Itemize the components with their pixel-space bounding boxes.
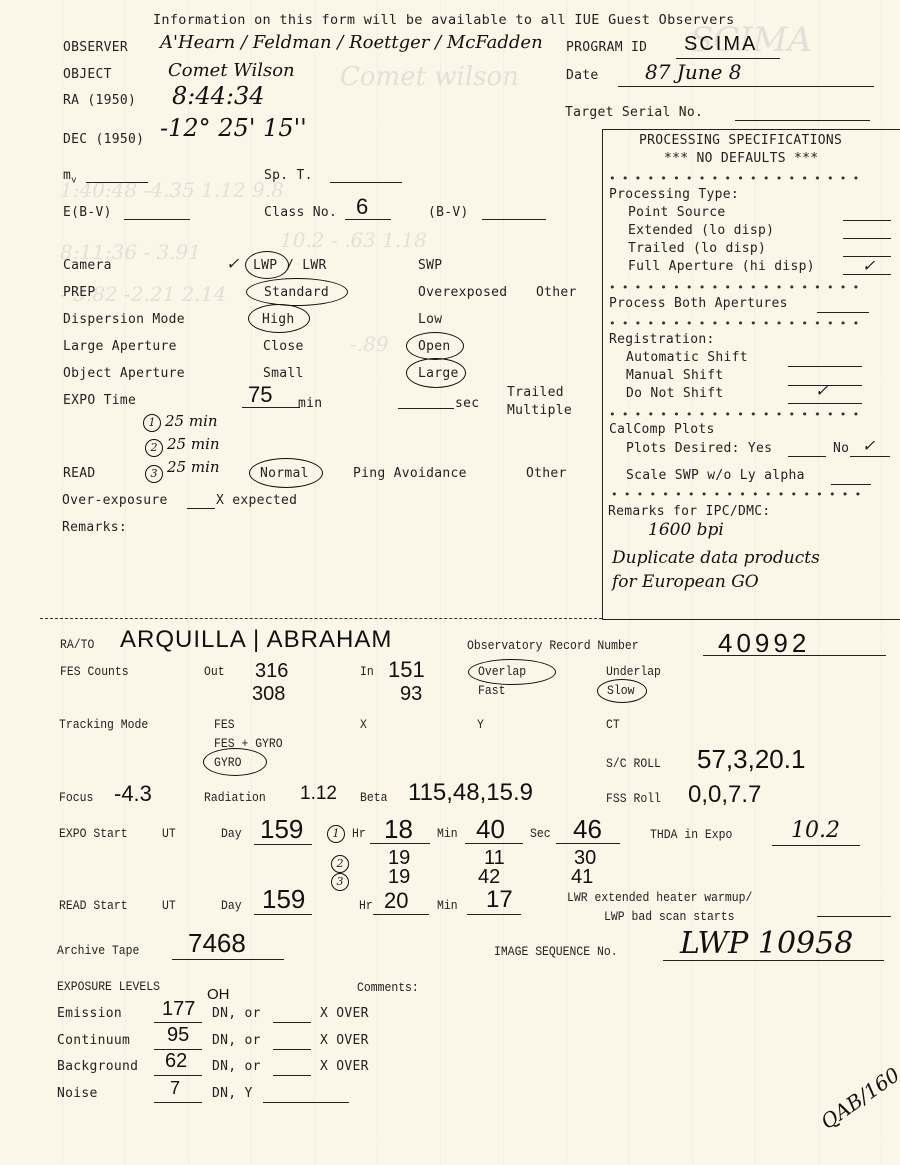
noise-dn-underline bbox=[154, 1102, 202, 1103]
read-start-min-label: Min bbox=[437, 898, 458, 913]
continuum-label: Continuum bbox=[57, 1033, 130, 1048]
archive-tape-value[interactable]: 7468 bbox=[188, 928, 246, 959]
expo-start-sec-value[interactable]: 41 bbox=[571, 866, 593, 889]
selected-circle bbox=[597, 679, 647, 703]
fes-in-value[interactable]: 93 bbox=[400, 683, 422, 706]
ipc-remarks-line: Duplicate data products bbox=[612, 548, 820, 568]
prep-option-other[interactable]: Other bbox=[536, 285, 577, 300]
selected-circle bbox=[203, 748, 267, 776]
ipc-remarks-label: Remarks for IPC/DMC: bbox=[608, 504, 771, 519]
class-no-label: Class No. bbox=[264, 205, 337, 220]
object-aperture-option-small[interactable]: Small bbox=[263, 366, 304, 381]
expo-start-hr-label: Hr bbox=[352, 826, 366, 841]
ra-to-label: RA/TO bbox=[60, 637, 94, 652]
observer-label: OBSERVER bbox=[63, 40, 128, 55]
fes-out-value[interactable]: 308 bbox=[252, 683, 285, 706]
dec-label: DEC (1950) bbox=[63, 132, 144, 147]
focus-label: Focus bbox=[59, 790, 93, 805]
continuum-dn-value[interactable]: 95 bbox=[167, 1024, 189, 1047]
selected-circle bbox=[245, 251, 289, 279]
check-mark-icon: ✓ bbox=[226, 254, 239, 273]
bv-field[interactable] bbox=[482, 219, 546, 220]
plots-desired-label: Plots Desired: Yes bbox=[626, 441, 772, 456]
fes-in-label: In bbox=[360, 664, 374, 679]
ebv-label: E(B-V) bbox=[63, 205, 112, 220]
thda-value[interactable]: 10.2 bbox=[791, 818, 840, 843]
class-no-underline bbox=[345, 219, 391, 220]
fes-option-fast[interactable]: Fast bbox=[478, 683, 505, 698]
fes-out-value[interactable]: 316 bbox=[255, 660, 288, 683]
processing-type-extended: Extended (lo disp) bbox=[628, 223, 774, 238]
thda-underline bbox=[772, 845, 860, 846]
ipc-remarks-line: for European GO bbox=[612, 572, 759, 592]
check-mark-icon: ✓ bbox=[862, 256, 875, 275]
beta-label: Beta bbox=[360, 790, 387, 805]
exposure-annotation: OH bbox=[207, 986, 230, 1003]
process-both-apertures-label: Process Both Apertures bbox=[609, 296, 788, 311]
fes-counts-label: FES Counts bbox=[60, 664, 129, 679]
selected-circle bbox=[406, 332, 464, 360]
archive-tape-label: Archive Tape bbox=[57, 943, 139, 958]
thda-label: THDA in Expo bbox=[650, 827, 732, 842]
obs-record-label: Observatory Record Number bbox=[467, 638, 639, 653]
sp-t-label: Sp. T. bbox=[264, 168, 313, 183]
extended-field[interactable] bbox=[843, 238, 891, 239]
read-start-ut: UT bbox=[162, 898, 176, 913]
scale-swp-field[interactable] bbox=[831, 484, 871, 485]
iue-observing-form: SCIMA Comet wilson 1:40:48 -4.35 1.12 9.… bbox=[0, 0, 900, 1165]
over-exposure-label: Over-exposure bbox=[62, 493, 168, 508]
multiple-option[interactable]: Multiple bbox=[507, 403, 572, 418]
read-start-day-label: Day bbox=[221, 898, 242, 913]
bleed-through-mark: -.89 bbox=[350, 332, 389, 356]
noise-dn-suffix: DN, Y bbox=[212, 1086, 253, 1101]
fss-roll-value[interactable]: 0,0,7.7 bbox=[688, 781, 761, 809]
expo-start-day-value[interactable]: 159 bbox=[260, 814, 303, 845]
dotted-divider: •••••••••••••••••••• bbox=[609, 408, 865, 421]
expo-start-hr-value[interactable]: 18 bbox=[384, 814, 413, 845]
segment-duration: 25 min bbox=[167, 435, 220, 453]
expo-segment-number: 1 bbox=[327, 825, 345, 843]
target-serial-label: Target Serial No. bbox=[565, 105, 703, 120]
expo-time-sec-label: sec bbox=[455, 396, 479, 411]
expo-start-day-underline bbox=[254, 844, 312, 845]
process-both-apertures-field[interactable] bbox=[817, 312, 869, 313]
archive-tape-underline bbox=[172, 959, 284, 960]
noise-y-field[interactable] bbox=[263, 1102, 349, 1103]
continuum-over-label: X OVER bbox=[320, 1033, 369, 1048]
processing-type-trailed: Trailed (lo disp) bbox=[628, 241, 766, 256]
check-mark-icon: ✓ bbox=[815, 381, 828, 400]
date-underline bbox=[618, 86, 874, 87]
point-source-field[interactable] bbox=[843, 220, 891, 221]
prep-option-overexposed[interactable]: Overexposed bbox=[418, 285, 507, 300]
large-aperture-label: Large Aperture bbox=[63, 339, 177, 354]
expo-start-min-underline bbox=[465, 843, 523, 844]
tracking-y-label: Y bbox=[477, 717, 484, 732]
bv-label: (B-V) bbox=[428, 205, 469, 220]
read-start-hr-label: Hr bbox=[359, 898, 373, 913]
lwr-heater-label-line2: LWP bad scan starts bbox=[604, 909, 734, 924]
ebv-field[interactable] bbox=[124, 219, 190, 220]
expo-time-min-label: min bbox=[298, 396, 322, 411]
tracking-x-label: X bbox=[360, 717, 367, 732]
expo-time-label: EXPO Time bbox=[63, 393, 136, 408]
segment-number: 3 bbox=[145, 465, 163, 483]
background-dn-value[interactable]: 62 bbox=[165, 1050, 187, 1073]
tracking-option-fes[interactable]: FES bbox=[214, 717, 235, 732]
beta-value[interactable]: 115,48,15.9 bbox=[408, 779, 533, 807]
tracking-ct-label: CT bbox=[606, 717, 620, 732]
background-over-field[interactable] bbox=[273, 1075, 311, 1076]
processing-subtitle: *** NO DEFAULTS *** bbox=[664, 151, 818, 166]
dotted-divider: •••••••••••••••••••• bbox=[609, 317, 865, 330]
program-id-underline bbox=[676, 58, 780, 59]
image-sequence-value[interactable]: LWP 10958 bbox=[680, 926, 853, 961]
object-label: OBJECT bbox=[63, 67, 112, 82]
ra-label: RA (1950) bbox=[63, 93, 136, 108]
bleed-through-mark: Comet wilson bbox=[340, 62, 519, 92]
segment-duration: 25 min bbox=[167, 458, 220, 476]
object-value[interactable]: Comet Wilson bbox=[168, 60, 295, 81]
plots-yes-field[interactable] bbox=[788, 456, 826, 457]
image-sequence-underline bbox=[663, 960, 884, 961]
expo-time-min-value[interactable]: 75 bbox=[248, 382, 272, 408]
expo-start-ut: UT bbox=[162, 826, 176, 841]
dotted-divider: •••••••••••••••••••• bbox=[609, 281, 865, 294]
expo-start-sec-value[interactable]: 46 bbox=[573, 814, 602, 845]
continuum-over-field[interactable] bbox=[273, 1049, 311, 1050]
processing-box-top bbox=[602, 129, 900, 130]
emission-dn-value[interactable]: 177 bbox=[162, 998, 195, 1021]
mv-label: mv bbox=[63, 168, 77, 186]
large-aperture-option-close[interactable]: Close bbox=[263, 339, 304, 354]
registration-label: Registration: bbox=[609, 332, 715, 347]
program-id-label: PROGRAM ID bbox=[566, 40, 647, 55]
dec-value[interactable]: -12° 25' 15'' bbox=[160, 114, 307, 142]
tracking-mode-label: Tracking Mode bbox=[59, 717, 148, 732]
processing-box-left bbox=[602, 129, 603, 619]
segment-number: 1 bbox=[143, 414, 161, 432]
obs-record-underline bbox=[703, 655, 886, 656]
fes-in-value[interactable]: 151 bbox=[388, 657, 425, 683]
expo-time-sec-field[interactable] bbox=[398, 408, 454, 409]
emission-dn-underline bbox=[154, 1022, 202, 1023]
ipc-remarks-line: 1600 bpi bbox=[648, 520, 724, 540]
section-divider bbox=[40, 618, 602, 619]
bleed-through-mark: 10.2 - .63 1.18 bbox=[280, 228, 427, 252]
camera-label: Camera bbox=[63, 258, 112, 273]
expo-start-sec-underline bbox=[556, 843, 620, 844]
radiation-value[interactable]: 1.12 bbox=[300, 783, 337, 805]
lwr-heater-field[interactable] bbox=[817, 916, 891, 917]
emission-over-label: X OVER bbox=[320, 1006, 369, 1021]
read-start-label: READ Start bbox=[59, 898, 128, 913]
class-no-value[interactable]: 6 bbox=[356, 194, 368, 220]
selected-circle bbox=[248, 304, 310, 333]
read-label: READ bbox=[63, 466, 96, 481]
noise-dn-value[interactable]: 7 bbox=[170, 1078, 180, 1099]
background-over-label: X OVER bbox=[320, 1059, 369, 1074]
camera-option-swp[interactable]: SWP bbox=[418, 258, 442, 273]
fss-roll-label: FSS Roll bbox=[606, 791, 661, 806]
sc-roll-label: S/C ROLL bbox=[606, 756, 661, 771]
observer-value[interactable]: A'Hearn / Feldman / Roettger / McFadden bbox=[160, 32, 543, 53]
emission-over-field[interactable] bbox=[273, 1022, 311, 1023]
check-mark-icon: ✓ bbox=[862, 436, 875, 455]
processing-box-bottom bbox=[602, 619, 900, 620]
ra-value[interactable]: 8:44:34 bbox=[172, 82, 265, 110]
expo-start-hr-value[interactable]: 19 bbox=[388, 866, 410, 889]
processing-type-point-source: Point Source bbox=[628, 205, 726, 220]
processing-title: PROCESSING SPECIFICATIONS bbox=[639, 133, 842, 148]
radiation-label: Radiation bbox=[204, 790, 266, 805]
noise-label: Noise bbox=[57, 1086, 98, 1101]
registration-do-not-shift: Do Not Shift bbox=[626, 386, 724, 401]
fes-option-underlap[interactable]: Underlap bbox=[606, 664, 661, 679]
read-start-hr-underline bbox=[373, 914, 429, 915]
expo-start-label: EXPO Start bbox=[59, 826, 128, 841]
processing-type-full-aperture: Full Aperture (hi disp) bbox=[628, 259, 815, 274]
expo-start-hr-underline bbox=[370, 843, 430, 844]
date-label: Date bbox=[566, 68, 599, 83]
read-option-ping-avoidance[interactable]: Ping Avoidance bbox=[353, 466, 467, 481]
camera-option-lwr[interactable]: / LWR bbox=[286, 258, 327, 273]
read-option-other[interactable]: Other bbox=[526, 466, 567, 481]
selected-circle bbox=[246, 278, 348, 306]
object-aperture-label: Object Aperture bbox=[63, 366, 185, 381]
expo-start-min-value[interactable]: 40 bbox=[476, 814, 505, 845]
expo-segment-number: 2 bbox=[331, 855, 349, 873]
background-dn-suffix: DN, or bbox=[212, 1059, 261, 1074]
selected-circle bbox=[406, 358, 466, 388]
image-sequence-label: IMAGE SEQUENCE No. bbox=[494, 944, 618, 959]
segment-duration: 25 min bbox=[165, 412, 218, 430]
read-start-min-underline bbox=[467, 914, 521, 915]
read-start-hr-value[interactable]: 20 bbox=[384, 888, 408, 914]
plots-no-field[interactable] bbox=[850, 456, 890, 457]
program-id-value[interactable]: SCIMA bbox=[684, 33, 757, 56]
mv-field[interactable] bbox=[86, 182, 148, 183]
expo-time-min-underline bbox=[242, 407, 300, 408]
do-not-shift-field[interactable] bbox=[788, 403, 862, 404]
segment-number: 2 bbox=[145, 439, 163, 457]
focus-value[interactable]: -4.3 bbox=[114, 781, 152, 807]
read-start-day-underline bbox=[254, 914, 312, 915]
target-serial-field[interactable] bbox=[735, 120, 870, 121]
emission-dn-suffix: DN, or bbox=[212, 1006, 261, 1021]
processing-type-label: Processing Type: bbox=[609, 187, 739, 202]
read-start-day-value[interactable]: 159 bbox=[262, 884, 305, 915]
registration-automatic: Automatic Shift bbox=[626, 350, 748, 365]
ra-to-value[interactable]: ARQUILLA | ABRAHAM bbox=[120, 626, 392, 654]
dotted-divider: •••••••••••••••••••• bbox=[611, 488, 867, 501]
comments-label: Comments: bbox=[357, 980, 419, 995]
date-value[interactable]: 87 June 8 bbox=[645, 60, 742, 84]
prep-label: PREP bbox=[63, 285, 96, 300]
over-exposure-field[interactable] bbox=[187, 508, 215, 509]
expo-start-day-label: Day bbox=[221, 826, 242, 841]
selected-circle bbox=[249, 458, 323, 488]
expo-start-min-label: Min bbox=[437, 826, 458, 841]
background-label: Background bbox=[57, 1059, 138, 1074]
scale-swp-label: Scale SWP w/o Ly alpha bbox=[626, 468, 805, 483]
plots-no-label: No bbox=[833, 441, 849, 456]
remarks-label: Remarks: bbox=[62, 520, 127, 535]
registration-manual: Manual Shift bbox=[626, 368, 724, 383]
lwr-heater-label-line1: LWR extended heater warmup/ bbox=[567, 890, 752, 905]
background-dn-underline bbox=[154, 1075, 202, 1076]
dispersion-label: Dispersion Mode bbox=[63, 312, 185, 327]
exposure-levels-label: EXPOSURE LEVELS bbox=[57, 979, 160, 994]
trailed-option[interactable]: Trailed bbox=[507, 385, 564, 400]
automatic-shift-field[interactable] bbox=[788, 366, 862, 367]
sp-t-field[interactable] bbox=[330, 182, 402, 183]
fes-out-label: Out bbox=[204, 664, 225, 679]
calcomp-label: CalComp Plots bbox=[609, 422, 715, 437]
sc-roll-value[interactable]: 57,3,20.1 bbox=[697, 744, 805, 775]
expo-start-sec-label: Sec bbox=[530, 826, 551, 841]
dotted-divider: •••••••••••••••••••• bbox=[609, 172, 865, 185]
continuum-dn-suffix: DN, or bbox=[212, 1033, 261, 1048]
expo-segment-number: 3 bbox=[331, 873, 349, 891]
selected-circle bbox=[468, 659, 556, 685]
emission-label: Emission bbox=[57, 1006, 122, 1021]
corner-note: QAB/160 bbox=[816, 1062, 900, 1134]
over-exposure-suffix: X expected bbox=[216, 493, 297, 508]
form-notice: Information on this form will be availab… bbox=[153, 12, 735, 28]
dispersion-option-low[interactable]: Low bbox=[418, 312, 442, 327]
read-start-min-value[interactable]: 17 bbox=[486, 886, 513, 914]
